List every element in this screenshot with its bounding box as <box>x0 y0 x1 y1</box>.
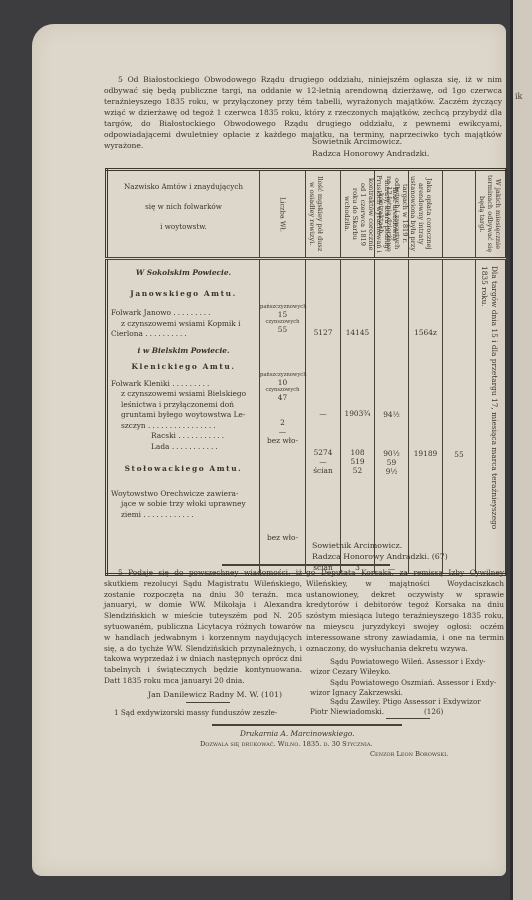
header-blank-2 <box>443 170 476 259</box>
row-janowo-3: Cierlona .......... <box>111 329 256 340</box>
row-janowo-2: z czynszowemi wsiami Kopmik i <box>111 319 256 330</box>
notice-right: go Deputata Korsaka, za remissą Izby Cyw… <box>306 568 504 654</box>
adjacent-page-edge: ik <box>510 0 532 900</box>
header-name-line-1: Nazwisko Amtów i znaydujących <box>108 177 259 197</box>
names-column: W Sokolskim Powiecie. Janowskiego Amtu. … <box>107 259 260 575</box>
total-2-column: 55 <box>443 259 476 575</box>
ref-number: (126) <box>424 706 443 717</box>
notice-right-text: go Deputata Korsaka, za remissą Izby Cyw… <box>306 568 504 654</box>
estates-table: Nazwisko Amtów i znaydujących się w nich… <box>105 168 508 576</box>
wloki-column: pańszczyznowych 15 czynszowych 55 pańszc… <box>260 259 306 575</box>
header-name-line-2: się w nich folwarków <box>108 197 259 217</box>
printer: Drukarnia A. Marcinowskiego. <box>240 729 355 738</box>
header-arenda-1819: Ilość arendowny intraty, która podług Pr… <box>341 170 375 259</box>
row-kleniki-3: leśnictwa i przyłączonemi doń <box>111 400 256 411</box>
powiat-bielski: i w Bielskim Powiecie. <box>111 346 256 357</box>
censor: Cenzor Leon Borowski. <box>370 750 448 758</box>
total-column: 1564z 19189 <box>409 259 443 575</box>
notice-next-start: 1 Sąd exdywizorski massy funduszów zeszł… <box>114 707 277 718</box>
fragment-text: ik <box>515 92 522 101</box>
notice-left-text: 5 Podaje się do powszechney wiadomości, … <box>104 568 302 687</box>
header-oplata: Jaka opłata corocznej arendowny intraty … <box>375 170 409 259</box>
notice-top: 5 Od Białostockiego Obwodowego Rządu dru… <box>104 74 502 151</box>
sig-3b: Piotr Niewiadomski. <box>310 706 384 717</box>
powiat-sokolski: W Sokolskim Powiecie. <box>111 268 256 279</box>
row-orechwicze-3: ziemi ............ <box>111 510 256 521</box>
divider-right <box>386 718 430 719</box>
table-signature-1: Sowietnik Arcimowicz. <box>312 540 402 551</box>
footer-divider <box>212 724 402 726</box>
imprimatur: Dozwala się drukować. Wilno. 1835. d. 30… <box>200 740 373 748</box>
notice-left-signature: Jan Danilewicz Radny M. W. (101) <box>148 689 282 700</box>
table-signature-2: Radzca Honorowy Andradzki. (67) <box>312 551 448 562</box>
header-terminy: W jakich miesięcznie terminach odbywać s… <box>476 170 507 259</box>
row-orechwicze-2: jące w sobie trzy włoki uprawney <box>111 499 256 510</box>
header-name: Nazwisko Amtów i znaydujących się w nich… <box>107 170 260 259</box>
amt-klenicki: Klenickiego Amtu. <box>111 362 256 373</box>
notice-left: 5 Podaje się do powszechney wiadomości, … <box>104 568 302 687</box>
intrata-column: 14145 1903¾ 108 519 52 3 <box>341 259 375 575</box>
header-name-line-3: i woytowstw. <box>108 217 259 237</box>
header-ilosc-dusz: Ilość mgskiey pół dusz w osiadłey rewizy… <box>306 170 341 259</box>
notice-top-text: 5 Od Białostockiego Obwodowego Rządu dru… <box>104 74 502 151</box>
row-orechwicze-1: Woytowstwo Orechwicze zawiera- <box>111 489 256 500</box>
sig-1b: wizor Cezary Wiłeyko. <box>310 666 391 677</box>
oplata-column: 94½ 90½ 59 9½ — <box>375 259 409 575</box>
terminy-column: Dla targów dnia 15 i dla przetargu 17, m… <box>476 259 507 575</box>
header-wloki: Liczba Wł. <box>260 170 306 259</box>
notice-top-signature-1: Sowietnik Arcimowicz. <box>312 136 402 147</box>
row-janowo-1: Folwark Janowo ......... <box>111 308 256 319</box>
row-kleniki-2: z czynszowemi wsiami Bielskiego <box>111 389 256 400</box>
row-kleniki-5: szczyn ................ <box>111 421 256 432</box>
divider-left <box>186 702 230 703</box>
row-racski: Racski ........... <box>111 431 256 442</box>
amt-stolowacki: Stołowackiego Amtu. <box>111 464 256 475</box>
section-divider <box>222 564 390 566</box>
row-kleniki-1: Folwark Kleniki ......... <box>111 379 256 390</box>
amt-janowski: Janowskiego Amtu. <box>111 289 256 300</box>
row-lada: Lada ........... <box>111 442 256 453</box>
dusze-column: 5127 — 5274 — ścian ścian <box>306 259 341 575</box>
row-kleniki-4: gruntami byłego woytowstwa Le- <box>111 410 256 421</box>
notice-top-signature-2: Radzca Honorowy Andradzki. <box>312 148 429 159</box>
header-blank-1 <box>409 170 443 259</box>
